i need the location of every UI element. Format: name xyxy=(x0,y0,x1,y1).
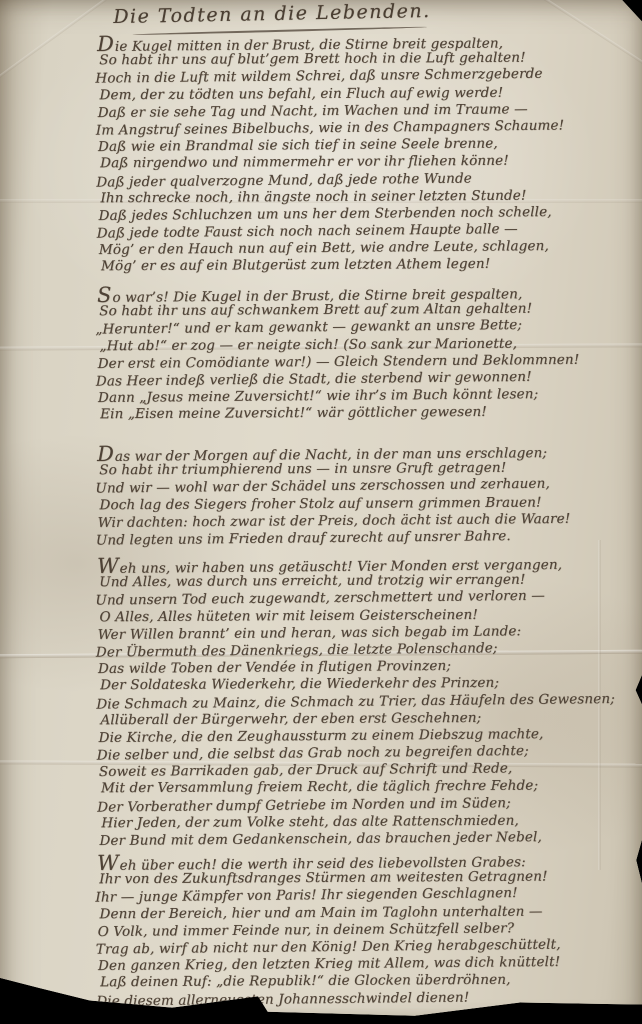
poem-line: „Hut ab!“ er zog — er neigte sich! (So s… xyxy=(99,335,638,355)
manuscript-page: Die Todten an die Lebenden. Die Kugel mi… xyxy=(0,0,642,1024)
poem-stanza: Weh uns, wir haben uns getäuscht! Vier M… xyxy=(97,553,639,850)
poem-title: Die Todten an die Lebenden. xyxy=(92,0,452,28)
fold-crease xyxy=(0,0,107,89)
poem-line: Doch lag des Siegers froher Stolz auf un… xyxy=(99,494,638,514)
poem-stanza: Das war der Morgen auf die Nacht, in der… xyxy=(97,441,637,549)
poem-line: Dem, der zu tödten uns befahl, ein Fluch… xyxy=(99,84,638,104)
poem-line: Ein „Eisen meine Zuversicht!“ wär göttli… xyxy=(100,403,639,423)
poem-line: Mög’ er es auf ein Blutgerüst zum letzte… xyxy=(101,255,640,275)
poem-stanza: So war’s! Die Kugel in der Brust, die St… xyxy=(97,282,637,424)
poem-line: Denn der Bereich, hier und am Main im Ta… xyxy=(99,903,638,923)
poem-stanza: Weh über euch! die werth ihr seid des li… xyxy=(97,850,637,1009)
poem-line: Allüberall der Bürgerwehr, der eben erst… xyxy=(100,709,639,729)
poem-title-wrap: Die Todten an die Lebenden. xyxy=(92,0,452,28)
poem-line: Ihn schrecke noch, ihn ängste noch in se… xyxy=(100,187,639,207)
poem-stanza: Die Kugel mitten in der Brust, die Stirn… xyxy=(97,31,638,276)
poem-line: Hier Jeden, der zum Volke steht, das alt… xyxy=(101,812,640,832)
poem-line: O Alles, Alles hüteten wir mit leisem Ge… xyxy=(99,606,638,626)
